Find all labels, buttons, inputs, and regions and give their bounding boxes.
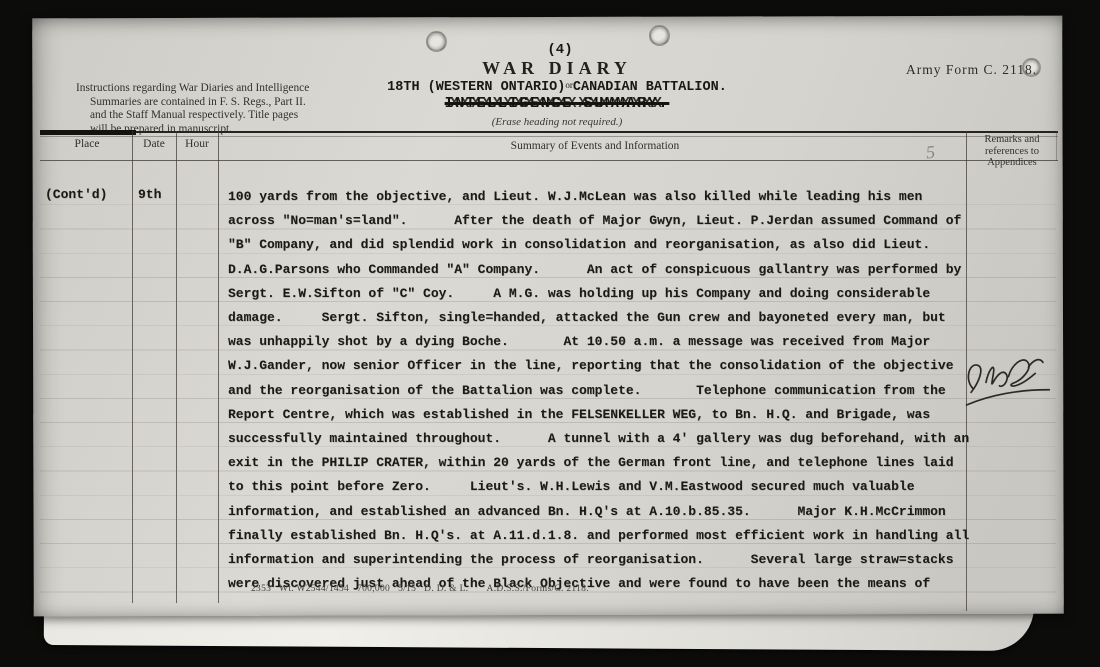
- instructions-line: Summaries are contained in F. S. Regs., …: [76, 96, 376, 110]
- summary-line: exit in the PHILIP CRATER, within 20 yar…: [228, 455, 1068, 479]
- table-top-double-rule: [40, 136, 1058, 137]
- remarks-header-line: Remarks and: [968, 134, 1056, 146]
- summary-line: information and superintending the proce…: [228, 552, 1068, 576]
- column-header-hour: Hour: [176, 138, 218, 150]
- punch-hole-icon: [426, 31, 447, 52]
- summary-line: 100 yards from the objective, and Lieut.…: [228, 189, 1068, 213]
- erase-heading-note: (Erase heading not required.): [407, 116, 707, 128]
- unit-title: 18TH (WESTERN ONTARIO)orCANADIAN BATTALI…: [307, 80, 807, 95]
- summary-line: to this point before Zero. Lieut's. W.H.…: [228, 479, 1068, 503]
- entry-place: (Cont'd): [45, 187, 107, 202]
- war-diary-page: Instructions regarding War Diaries and I…: [0, 0, 1100, 667]
- summary-line: "B" Company, and did splendid work in co…: [228, 237, 1068, 261]
- handwritten-page-number: 5: [925, 142, 936, 164]
- table-top-rule: [40, 131, 1058, 133]
- army-form-number: Army Form C. 2118.: [906, 62, 1037, 78]
- summary-line: W.J.Gander, now senior Officer in the li…: [228, 358, 1068, 382]
- header-bottom-rule: [40, 160, 1058, 161]
- preprinted-or: or: [565, 80, 573, 90]
- table-right-rule: [1056, 131, 1057, 161]
- summary-line: was unhappily shot by a dying Boche. At …: [228, 334, 1068, 358]
- summary-line: damage. Sergt. Sifton, single=handed, at…: [228, 310, 1068, 334]
- typed-page-number: (4): [450, 42, 670, 58]
- summary-line: successfully maintained throughout. A tu…: [228, 431, 1068, 455]
- summary-line: D.A.G.Parsons who Commanded "A" Company.…: [228, 262, 1068, 286]
- summary-line: finally established Bn. H.Q's. at A.11.d…: [228, 528, 1068, 552]
- unit-typed-right: CANADIAN BATTALION.: [573, 80, 727, 95]
- struck-out-heading: INTELLIGENCE SUMMARY. XXXXXXXXXXXXXXXXXX…: [407, 96, 707, 114]
- column-header-summary: Summary of Events and Information: [330, 140, 860, 152]
- handwritten-signature: [952, 342, 1059, 421]
- summary-line: across "No=man's=land". After the death …: [228, 213, 1068, 237]
- entry-date: 9th: [138, 187, 161, 202]
- remarks-header-line: references to: [968, 146, 1056, 158]
- column-header-remarks: Remarks and references to Appendices: [968, 134, 1056, 169]
- table-top-rule-heavy-segment: [40, 130, 136, 135]
- unit-typed-left: 18TH (WESTERN ONTARIO): [387, 80, 565, 95]
- column-header-date: Date: [132, 138, 176, 150]
- summary-line: and the reorganisation of the Battalion …: [228, 383, 1068, 407]
- summary-line: Sergt. E.W.Sifton of "C" Coy. A M.G. was…: [228, 286, 1068, 310]
- overtype-x-marks: XXXXXXXXXXXXXXXXXXXX: [407, 96, 707, 112]
- form-title: WAR DIARY: [407, 58, 707, 79]
- summary-line: information, and established an advanced…: [228, 504, 1068, 528]
- instructions-line: and the Staff Manual respectively. Title…: [76, 109, 376, 123]
- footer-imprint: 2353 Wt. W2544/1454 700,000 5/15 D. D. &…: [251, 584, 589, 594]
- remarks-header-line: Appendices: [968, 157, 1056, 169]
- column-header-place: Place: [42, 138, 132, 150]
- summary-line: Report Centre, which was established in …: [228, 407, 1068, 431]
